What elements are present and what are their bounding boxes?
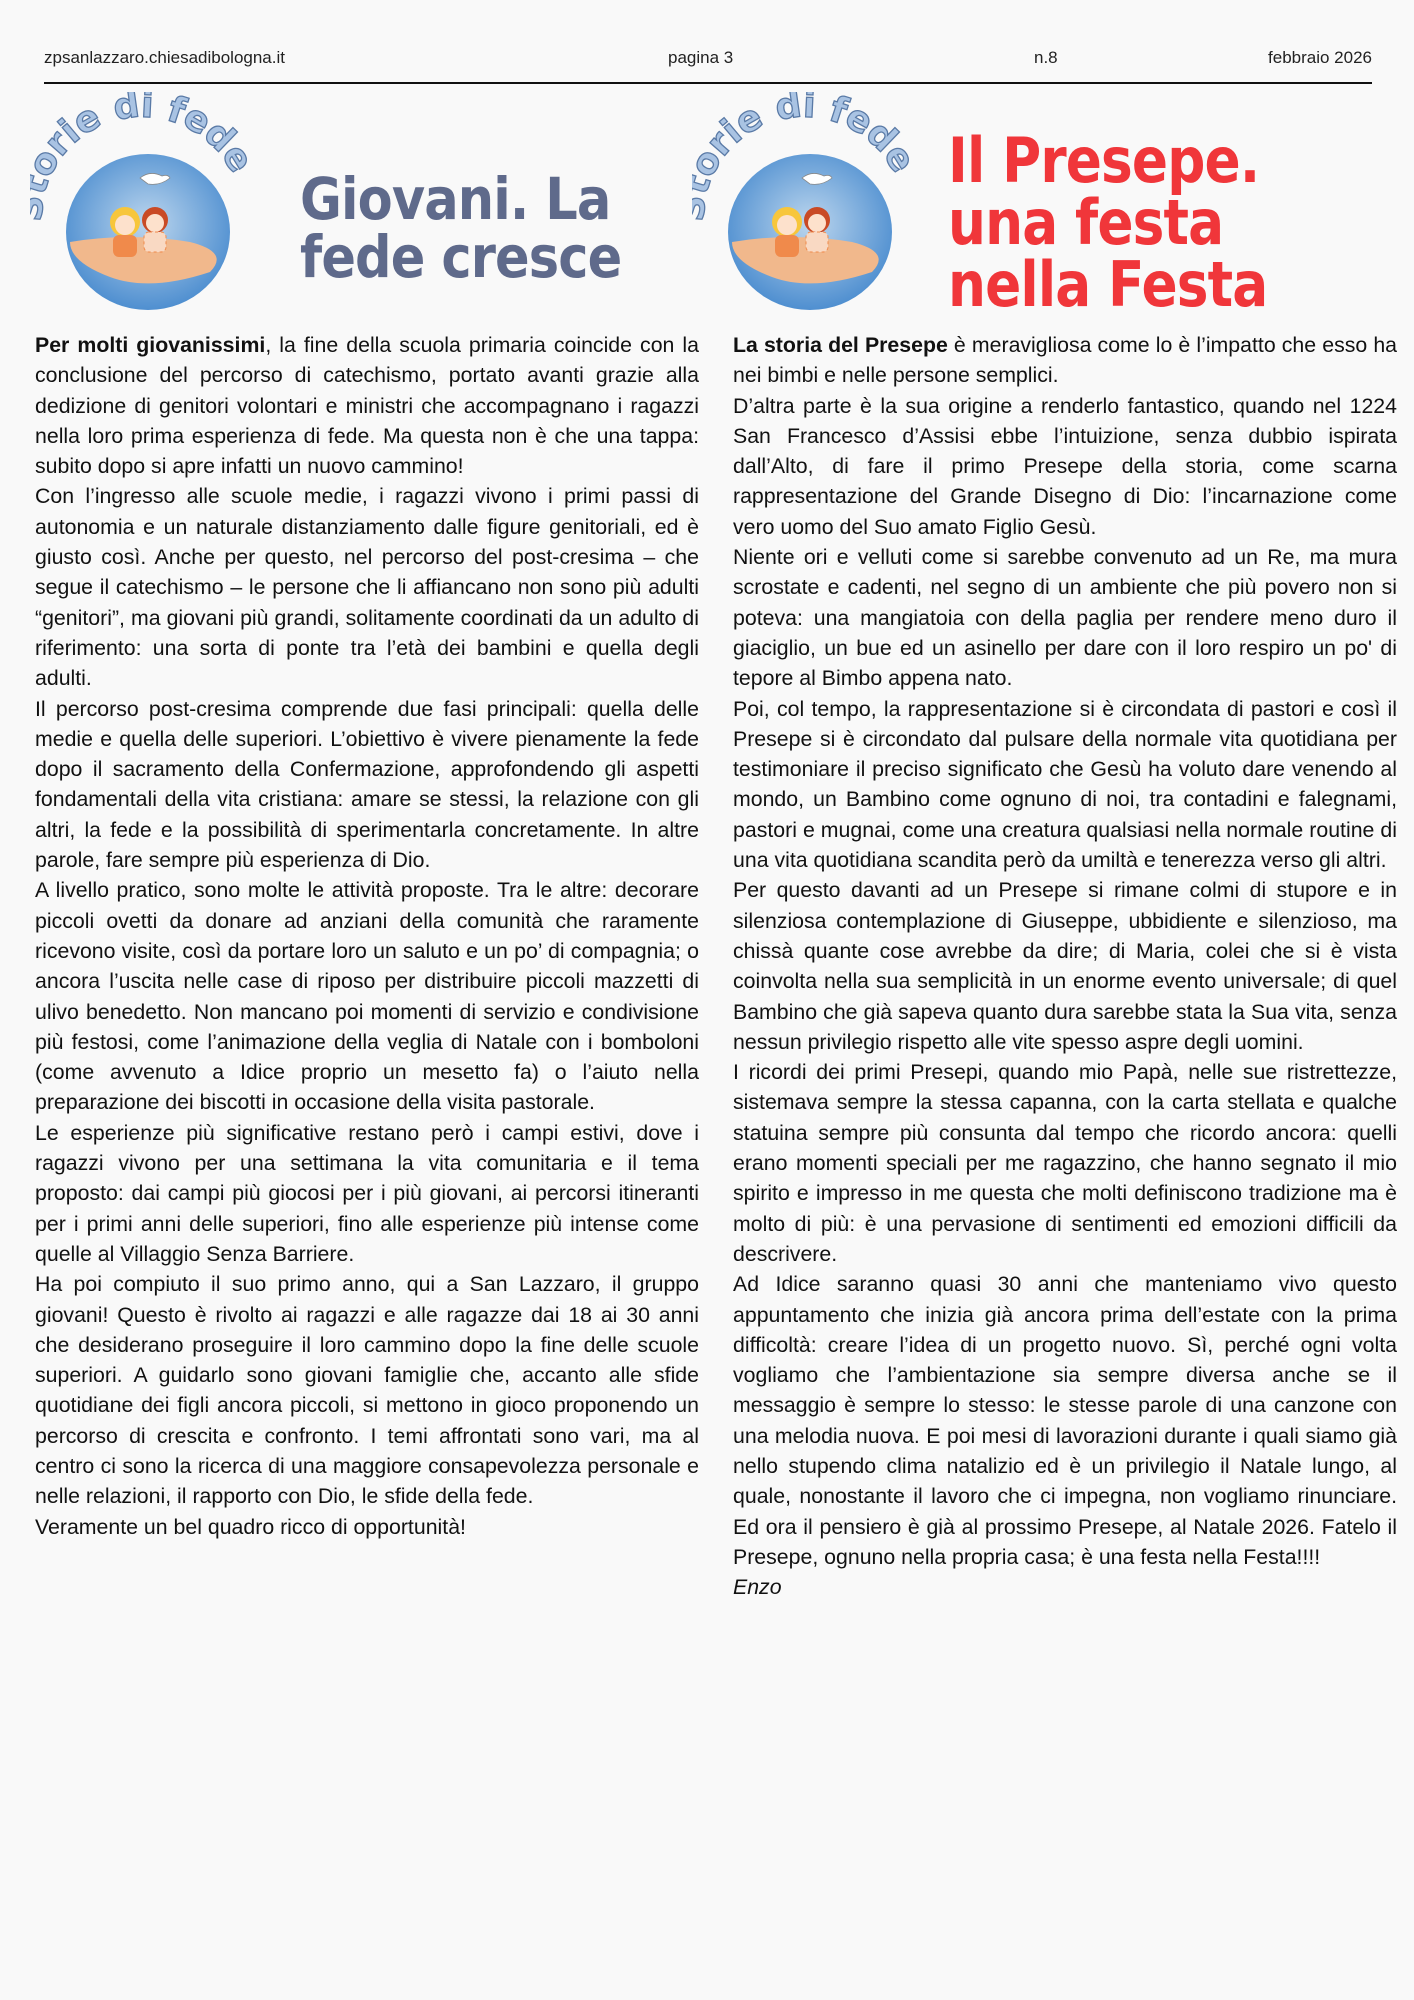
paragraph: D’altra parte è la sua origine a renderl… <box>733 391 1397 542</box>
issue-date: febbraio 2026 <box>1268 48 1372 68</box>
paragraph: Ha poi compiuto il suo primo anno, qui a… <box>35 1269 699 1511</box>
issue-number: n.8 <box>1034 48 1058 68</box>
paragraph: Per questo davanti ad un Presepe si rima… <box>733 875 1397 1057</box>
paragraph: Con l’ingresso alle scuole medie, i raga… <box>35 481 699 693</box>
site-url: zpsanlazzaro.chiesadibologna.it <box>44 48 285 68</box>
article-presepe-body: La storia del Presepe è meravigliosa com… <box>733 330 1397 1602</box>
paragraph: Niente ori e velluti come si sarebbe con… <box>733 542 1397 693</box>
article-giovani-body: Per molti giovanissimi, la fine della sc… <box>35 330 699 1542</box>
storie-di-fede-logo: Storie di fede <box>692 92 922 312</box>
paragraph: I ricordi dei primi Presepi, quando mio … <box>733 1057 1397 1269</box>
article-title-presepe: Il Presepe. una festa nella Festa <box>948 130 1275 316</box>
author-signature: Enzo <box>733 1572 1397 1602</box>
paragraph: A livello pratico, sono molte le attivit… <box>35 875 699 1117</box>
page-number: pagina 3 <box>668 48 733 68</box>
storie-di-fede-logo: Storie di fede <box>30 92 260 312</box>
article-title-giovani: Giovani. La fede cresce <box>300 170 634 286</box>
hand-holding-children-globe-icon: Storie di fede <box>692 92 922 312</box>
page-header: zpsanlazzaro.chiesadibologna.it pagina 3… <box>44 44 1372 84</box>
paragraph: Poi, col tempo, la rappresentazione si è… <box>733 694 1397 876</box>
paragraph: Per molti giovanissimi, la fine della sc… <box>35 330 699 481</box>
hand-holding-children-globe-icon: Storie di fede <box>30 92 260 312</box>
paragraph: Ad Idice saranno quasi 30 anni che mante… <box>733 1269 1397 1572</box>
paragraph: La storia del Presepe è meravigliosa com… <box>733 330 1397 391</box>
paragraph: Veramente un bel quadro ricco di opportu… <box>35 1512 699 1542</box>
paragraph: Il percorso post-cresima comprende due f… <box>35 694 699 876</box>
paragraph: Le esperienze più significative restano … <box>35 1118 699 1269</box>
